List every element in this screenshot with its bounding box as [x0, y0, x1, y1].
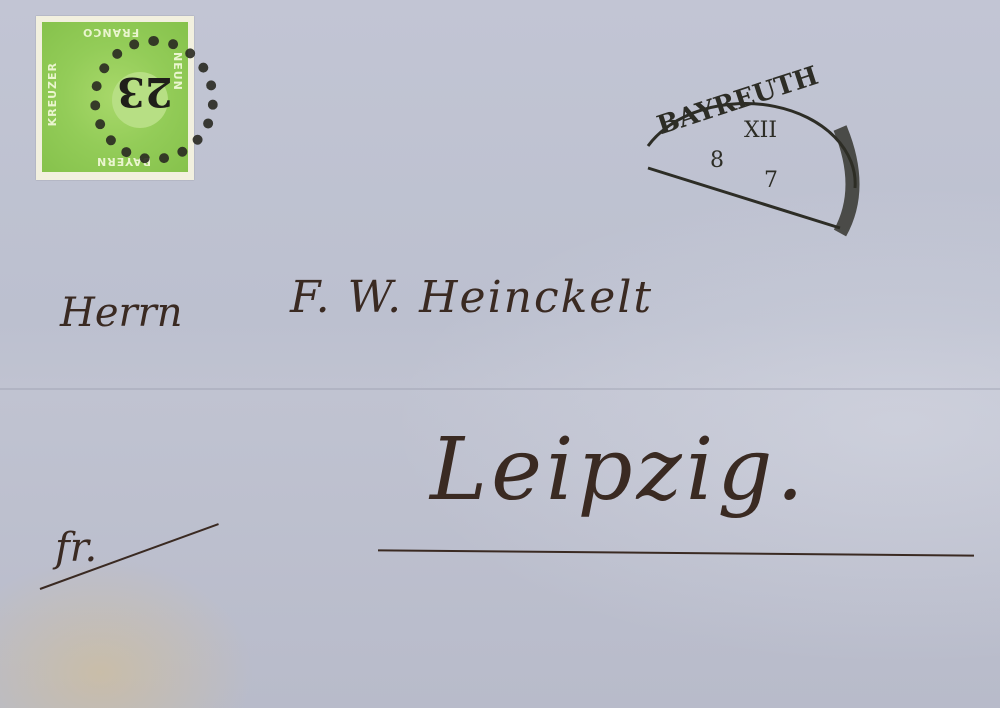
- address-underline: [378, 549, 974, 556]
- postmark-date-line-1: XII: [744, 118, 777, 143]
- address-name: F. W. Heinckelt: [290, 272, 653, 323]
- stamp-text-top: FRANCO: [82, 26, 139, 39]
- address-city: Leipzig.: [430, 420, 808, 520]
- postmark-date-line-2: 8: [710, 148, 724, 173]
- postal-cover: KREUZER FRANCO BAYERN NEUN 23 BAYREUTH X…: [0, 0, 1000, 708]
- address-salutation: Herrn: [60, 290, 183, 336]
- postmark-date-line-3: 7: [764, 168, 778, 193]
- stamp-text-left: KREUZER: [46, 62, 59, 126]
- cancel-number: 23: [117, 68, 173, 115]
- town-postmark: BAYREUTH XII 8 7: [640, 68, 860, 238]
- paper-fold: [0, 388, 1000, 390]
- franco-note: fr.: [55, 525, 97, 571]
